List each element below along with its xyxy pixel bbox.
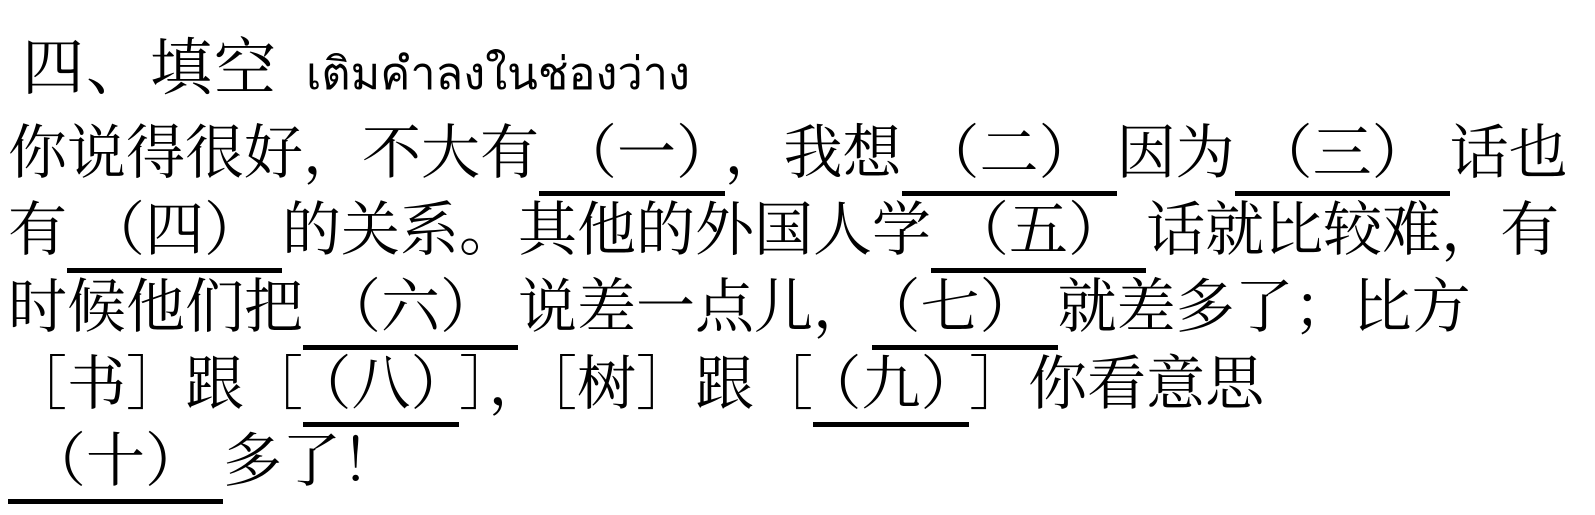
text-run: 有: [8, 197, 67, 263]
text-run: 就差多了；比方: [1058, 274, 1471, 340]
worksheet-page: 四、填空เติมคำลงในช่องว่าง 你说得很好，不大有（一），我想（二…: [0, 0, 1595, 500]
fill-in-blank: （一）: [539, 120, 725, 196]
text-run: 话就比较难，有: [1146, 197, 1559, 263]
fill-in-blank: （五）: [931, 197, 1146, 273]
exercise-line: ［书］跟［（八）］，［树］跟［（九）］你看意思: [8, 346, 1595, 423]
fill-in-blank: （二）: [902, 120, 1117, 196]
exercise-line: 时候他们把（六）说差一点儿，（七）就差多了；比方: [8, 269, 1595, 346]
text-run: 的关系。其他的外国人学: [282, 197, 931, 263]
section-title: 四、填空: [22, 35, 278, 103]
text-run: 时候他们把: [8, 274, 303, 340]
fill-in-blank: （三）: [1235, 120, 1450, 196]
fill-in-blank: （十）: [8, 428, 223, 504]
fill-in-blank: （八）: [303, 351, 459, 427]
fill-in-blank: （七）: [872, 274, 1058, 350]
exercise-line: 有（四）的关系。其他的外国人学（五）话就比较难，有: [8, 192, 1595, 269]
fill-in-blank: （六）: [303, 274, 518, 350]
text-run: ］，［树］跟［: [459, 351, 813, 417]
section-subtitle-thai: เติมคำลงในช่องว่าง: [306, 49, 690, 99]
text-run: ］你看意思: [969, 351, 1264, 417]
text-run: 多了！: [223, 428, 400, 494]
fill-in-blank: （四）: [67, 197, 282, 273]
text-run: 因为: [1117, 120, 1235, 186]
text-run: ［书］跟［: [8, 351, 303, 417]
text-run: 你说得很好，不大有: [8, 120, 539, 186]
text-run: 说差一点儿，: [518, 274, 872, 340]
exercise-line: 你说得很好，不大有（一），我想（二）因为（三）话也: [8, 115, 1595, 192]
text-run: ，我想: [725, 120, 902, 186]
exercise-line: （十）多了！: [8, 423, 1595, 500]
section-heading: 四、填空เติมคำลงในช่องว่าง: [22, 18, 1595, 109]
fill-in-blank: （九）: [813, 351, 969, 427]
exercise-text: 你说得很好，不大有（一），我想（二）因为（三）话也有（四）的关系。其他的外国人学…: [8, 115, 1595, 500]
text-run: 话也: [1450, 120, 1568, 186]
